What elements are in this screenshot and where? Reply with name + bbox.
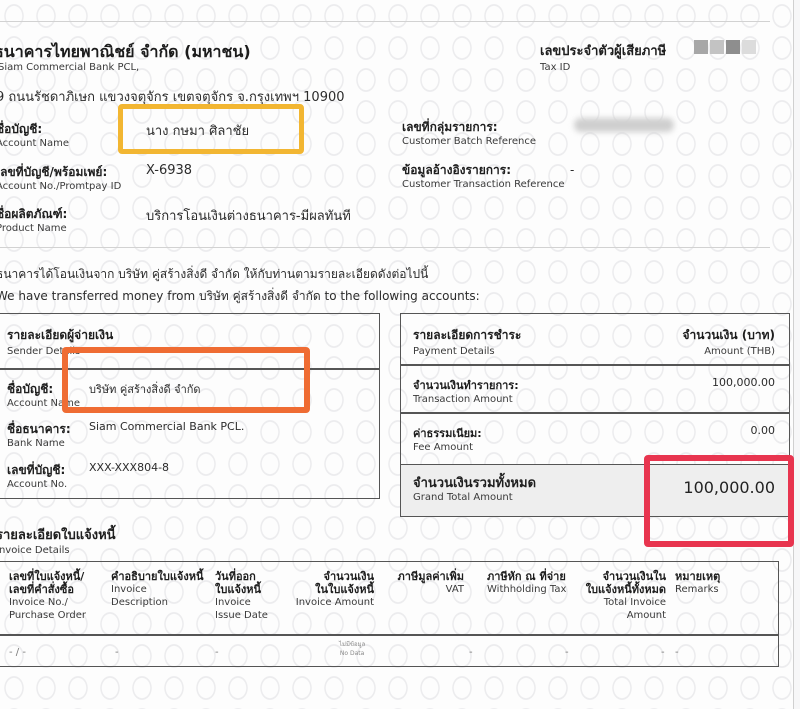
product-value: บริการโอนเงินต่างธนาคาร-มีผลทันที [146,205,351,226]
invoice-title-th: รายละเอียดใบแจ้งหนี้ [0,524,116,545]
fee-value: 0.00 [751,424,776,437]
sender-name-highlight [62,347,310,413]
batch-ref-value-redacted [574,118,674,132]
payment-header-en: Payment Details [413,346,495,357]
sender-account-no-label-en: Account No. [7,479,67,490]
txn-amount-value: 100,000.00 [712,376,775,389]
col-vat: ภาษีมูลค่าเพิ่ม VAT [398,570,464,596]
account-name-label-en: Account Name [0,138,69,149]
txn-ref-value: - [570,163,574,177]
invoice-table: เลขที่ใบแจ้งหนี้/ เลขที่คำสั่งซื้อ Invoi… [0,561,779,667]
col-invoice-no: เลขที่ใบแจ้งหนี้/ เลขที่คำสั่งซื้อ Invoi… [9,570,86,622]
account-name-label-th: ชื่อบัญชี: [0,120,42,139]
col-remarks: หมายเหตุ Remarks [675,570,720,596]
transfer-receipt-document: ธนาคารไทยพาณิชย์ จำกัด (มหาชน) Siam Comm… [0,0,794,709]
fee-label-th: ค่าธรรมเนียม: [413,424,482,442]
col-total-invoice-amount: จำนวนเงินใน ใบแจ้งหนี้ทั้งหมด Total Invo… [586,570,666,622]
sender-account-no-label-th: เลขที่บัญชี: [7,461,65,480]
recipient-name-highlight [118,104,304,154]
notice-th: ธนาคารได้โอนเงินจาก บริษัท คู่สร้างสิ่งด… [0,265,428,284]
txn-ref-label-th: ข้อมูลอ้างอิงรายการ: [402,161,511,180]
batch-ref-label-th: เลขที่กลุ่มรายการ: [402,118,498,137]
product-label-th: ชื่อผลิตภัณฑ์: [0,205,67,224]
total-highlight [644,455,794,547]
account-no-label-th: เลขที่บัญชี/พร้อมเพย์: [0,163,107,182]
tax-id-value-redacted [694,40,756,54]
invoice-title-en: Invoice Details [0,545,70,556]
no-data-label: ไม่มีข้อมูล No Data [339,640,365,658]
top-divider [0,21,770,22]
fee-label-en: Fee Amount [413,442,473,453]
sender-header-th: รายละเอียดผู้จ่ายเงิน [7,326,113,345]
txn-amount-label-th: จำนวนเงินทำรายการ: [413,376,519,394]
account-no-value: X-6938 [146,163,192,178]
col-withholding-tax: ภาษีหัก ณ ที่จ่าย Withholding Tax [487,570,566,596]
tax-id-label-en: Tax ID [540,62,570,73]
amount-header-en: Amount (THB) [704,346,775,357]
notice-en: We have transferred money from บริษัท คู… [0,287,480,306]
col-invoice-description: คำอธิบายใบแจ้งหนี้ Invoice Description [111,570,204,609]
amount-header-th: จำนวนเงิน (บาท) [683,326,776,345]
payment-header-th: รายละเอียดการชำระ [413,326,521,345]
sender-bank-label-en: Bank Name [7,438,65,449]
sender-account-no-value: XXX-XXX804-8 [89,461,169,474]
tax-id-label-th: เลขประจำตัวผู้เสียภาษี [540,40,666,61]
col-issue-date: วันที่ออก ใบแจ้งหนี้ Invoice Issue Date [215,570,268,622]
sender-bank-value: Siam Commercial Bank PCL. [89,420,244,433]
product-label-en: Product Name [0,223,67,234]
txn-ref-label-en: Customer Transaction Reference [402,179,565,190]
account-no-label-en: Account No./Promtpay ID [0,181,121,192]
sender-bank-label-th: ชื่อธนาคาร: [7,420,71,439]
bank-name-en: Siam Commercial Bank PCL, [0,62,139,73]
txn-amount-label-en: Transaction Amount [413,394,513,405]
batch-ref-label-en: Customer Batch Reference [402,136,536,147]
mid-divider [0,247,770,248]
col-invoice-amount: จำนวนเงิน ในใบแจ้งหนี้ Invoice Amount [296,570,374,609]
total-label-th: จำนวนเงินรวมทั้งหมด [413,472,536,493]
sender-account-name-label-th: ชื่อบัญชี: [7,380,53,399]
total-label-en: Grand Total Amount [413,492,513,503]
